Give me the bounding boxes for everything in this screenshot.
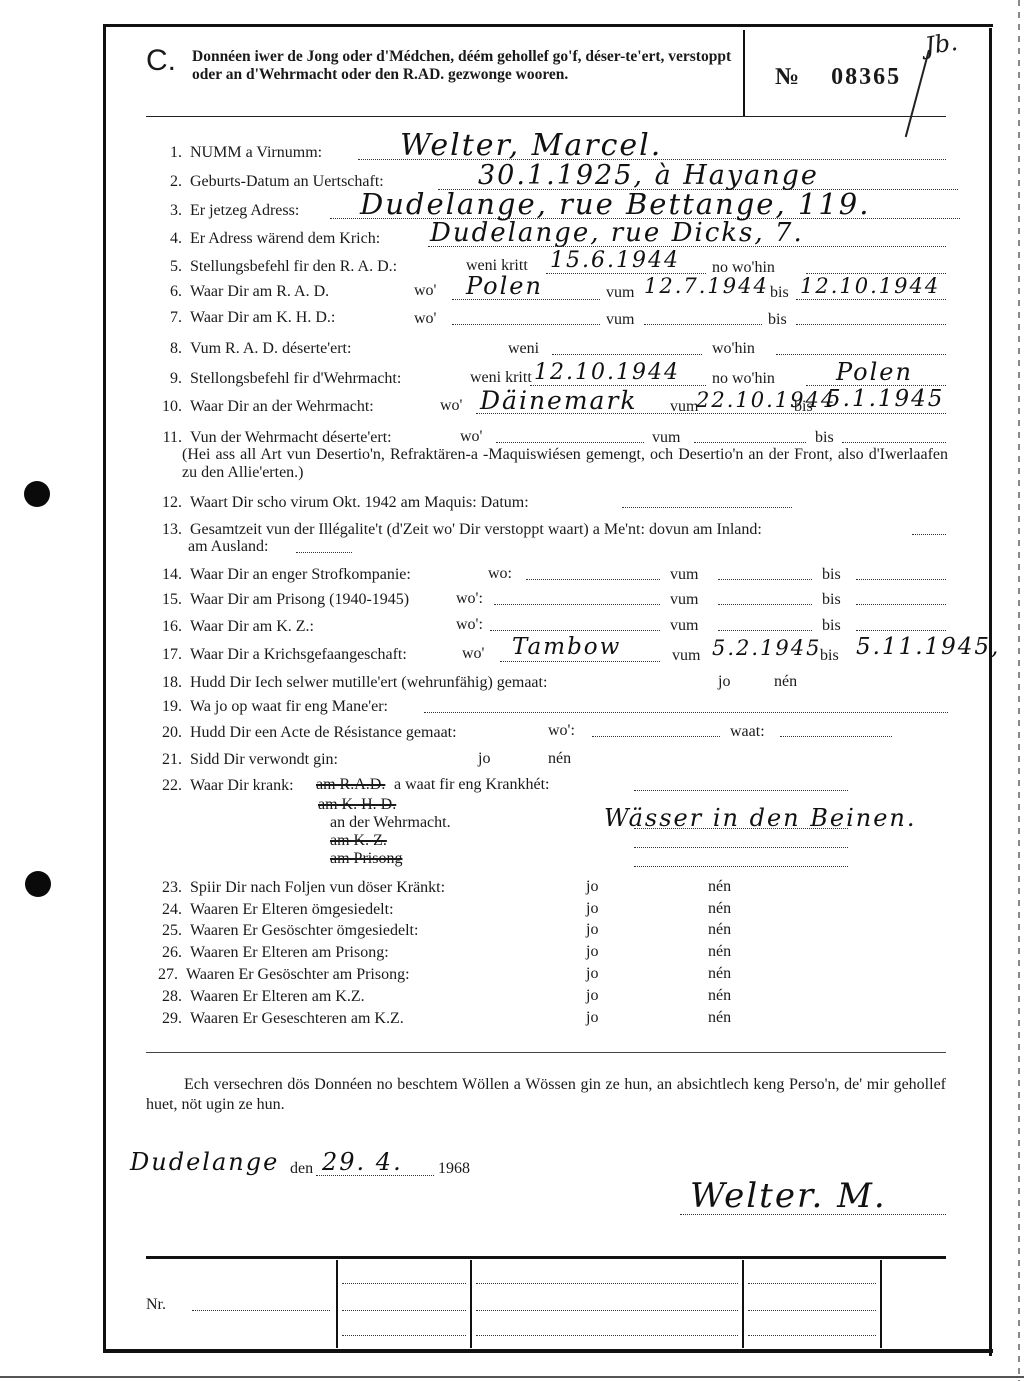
- yes-option[interactable]: jo: [586, 1009, 598, 1027]
- illness-option-khd[interactable]: am K. H. D.: [318, 796, 396, 814]
- waat-label: waat:: [730, 723, 765, 741]
- wo-label: wo': [440, 397, 462, 415]
- yes-option[interactable]: jo: [586, 900, 598, 918]
- column-divider: [880, 1260, 882, 1348]
- wehrmacht-place[interactable]: Däinemark: [480, 386, 638, 415]
- question-label: Spiir Dir nach Foljen vun döser Kränkt:: [190, 879, 445, 896]
- mutilation-method-input[interactable]: [424, 712, 948, 713]
- punch-hole: [24, 481, 50, 507]
- field-label: Wa jo op waat fir eng Mane'er:: [190, 698, 388, 715]
- yes-option[interactable]: jo: [586, 943, 598, 961]
- desertion-rad-dest-input[interactable]: [776, 354, 946, 355]
- serial-number-box: № 08365: [775, 64, 901, 91]
- divider: [146, 116, 946, 117]
- field-number: 17.: [148, 645, 182, 665]
- pow-to[interactable]: 5.11.1945,: [856, 634, 1000, 660]
- field-21: 21.Sidd Dir verwondt gin:: [148, 750, 338, 770]
- field-14: 14.Waar Dir an enger Strofkompanie:: [148, 565, 411, 585]
- field-19: 19.Wa jo op waat fir eng Mane'er:: [148, 697, 388, 717]
- field-number: 24.: [148, 900, 182, 920]
- section-letter: C.: [146, 44, 176, 78]
- resistance-place-input[interactable]: [592, 736, 720, 737]
- footer-cell[interactable]: [476, 1283, 738, 1284]
- field-label: Waar Dir an enger Strofkompanie:: [190, 566, 411, 583]
- question-label: Waaren Er Gesöschter am Prisong:: [186, 966, 410, 983]
- question-27: 27.Waaren Er Gesöschter am Prisong:: [144, 965, 410, 985]
- signature-place[interactable]: Dudelange: [130, 1148, 279, 1176]
- field-number: 8.: [148, 339, 182, 359]
- yes-option[interactable]: jo: [586, 878, 598, 896]
- field-label: Waar Dir am K. Z.:: [190, 618, 314, 635]
- field-number: 13.: [148, 520, 182, 540]
- wo-label: wo':: [548, 722, 575, 740]
- field-number: 25.: [148, 921, 182, 941]
- field-20: 20.Hudd Dir een Acte de Résistance gemaa…: [148, 723, 457, 743]
- khd-to-input[interactable]: [796, 324, 946, 325]
- number-sign: №: [775, 64, 801, 90]
- bis-label: bis: [820, 647, 839, 665]
- field-number: 21.: [148, 750, 182, 770]
- question-25: 25.Waaren Er Gesöschter ömgesiedelt:: [148, 921, 418, 941]
- wo-label: wo': [414, 310, 436, 328]
- signature-year: 1968: [438, 1160, 470, 1178]
- weni-label: weni kritt: [470, 369, 532, 387]
- khd-from-input[interactable]: [644, 324, 762, 325]
- field-label: Stellungsbefehl fir den R. A. D.:: [190, 258, 397, 275]
- field-label: Waar Dir am K. H. D.:: [190, 309, 335, 326]
- field-22: 22.Waar Dir krank:: [148, 776, 294, 796]
- column-divider: [336, 1260, 338, 1348]
- field-label: NUMM a Virnumm:: [190, 144, 322, 161]
- field-number: 7.: [148, 308, 182, 328]
- field-label: Waar Dir an der Wehrmacht:: [190, 398, 374, 415]
- field-number: 11.: [148, 428, 182, 448]
- field-4: 4.Er Adress wärend dem Krich:: [148, 229, 380, 249]
- field-7: 7.Waar Dir am K. H. D.:: [148, 308, 335, 328]
- footer-cell[interactable]: [342, 1310, 466, 1311]
- field-number: 15.: [148, 590, 182, 610]
- strafkompanie-from-input[interactable]: [718, 579, 812, 580]
- no-option[interactable]: nén: [708, 987, 731, 1005]
- no-option[interactable]: nén: [708, 878, 731, 896]
- wo-label: wo': [462, 645, 484, 663]
- prison-to-input[interactable]: [856, 604, 946, 605]
- illness-value[interactable]: Wässer in den Beinen.: [604, 804, 917, 832]
- field-label: Gesamtzeit vun der Illégalite't (d'Zeit …: [190, 521, 762, 538]
- page-edge: [0, 1376, 1024, 1378]
- vum-label: vum: [672, 647, 700, 665]
- field-label: Waart Dir scho virum Okt. 1942 am Maquis…: [190, 494, 529, 511]
- field-number: 16.: [148, 617, 182, 637]
- question-23: 23.Spiir Dir nach Foljen vun döser Kränk…: [148, 878, 445, 898]
- kz-from-input[interactable]: [718, 630, 812, 631]
- field-number: 26.: [148, 943, 182, 963]
- wohin-label: wo'hin: [712, 340, 755, 358]
- current-address-value[interactable]: Dudelange, rue Bettange, 119.: [360, 187, 870, 221]
- kz-place-input[interactable]: [490, 630, 660, 631]
- field-2: 2.Geburts-Datum an Uertschaft:: [148, 172, 384, 192]
- page-edge: [1018, 0, 1020, 1381]
- bis-label: bis: [815, 429, 834, 447]
- yes-option[interactable]: jo: [478, 750, 490, 768]
- dotted-line: [634, 847, 848, 848]
- question-label: Waaren Er Elteren am Prisong:: [190, 944, 389, 961]
- wehrmacht-desertion-from-input[interactable]: [694, 442, 806, 443]
- khd-place-input[interactable]: [452, 324, 600, 325]
- question-label: Waaren Er Geseschteren am K.Z.: [190, 1010, 404, 1027]
- field-number: 5.: [148, 257, 182, 277]
- field-17: 17.Waar Dir a Krichsgefaangeschaft:: [148, 645, 407, 665]
- question-24: 24.Waaren Er Elteren ömgesiedelt:: [148, 900, 394, 920]
- question-label: Waaren Er Elteren am K.Z.: [190, 988, 365, 1005]
- wo-label: wo': [414, 282, 436, 300]
- field-number: 22.: [148, 776, 182, 796]
- field-1: 1.NUMM a Virnumm:: [148, 143, 322, 163]
- field-16: 16.Waar Dir am K. Z.:: [148, 617, 314, 637]
- vum-label: vum: [670, 566, 698, 584]
- field-15: 15.Waar Dir am Prisong (1940-1945): [148, 590, 409, 610]
- field-number: 1.: [148, 143, 182, 163]
- field-label: Sidd Dir verwondt gin:: [190, 751, 338, 768]
- field-label: Er Adress wärend dem Krich:: [190, 230, 380, 247]
- field-label: Hudd Dir een Acte de Résistance gemaat:: [190, 724, 457, 741]
- vum-label: vum: [606, 284, 634, 302]
- rad-from[interactable]: 12.7.1944: [644, 274, 769, 298]
- wehrmacht-desertion-to-input[interactable]: [842, 442, 946, 443]
- field-number: 6.: [148, 282, 182, 302]
- declaration-text: Ech versechren dös Donnéen no beschtem W…: [146, 1075, 946, 1115]
- field-number: 10.: [148, 397, 182, 417]
- signature[interactable]: Welter. M.: [690, 1176, 887, 1216]
- field-number: 14.: [148, 565, 182, 585]
- field-number: 3.: [148, 201, 182, 221]
- field-label: Waar Dir am Prisong (1940-1945): [190, 591, 409, 608]
- field-label: Waar Dir krank:: [190, 777, 294, 794]
- field-12: 12.Waart Dir scho virum Okt. 1942 am Maq…: [148, 493, 529, 513]
- footer-cell[interactable]: [342, 1283, 466, 1284]
- footer-cell[interactable]: [748, 1310, 876, 1311]
- den-label: den: [290, 1160, 313, 1178]
- rad-order-date[interactable]: 15.6.1944: [550, 248, 680, 273]
- yes-option[interactable]: jo: [586, 921, 598, 939]
- field-3: 3.Er jetzeg Adress:: [148, 201, 299, 221]
- footer-cell[interactable]: [476, 1335, 738, 1336]
- question-26: 26.Waaren Er Elteren am Prisong:: [148, 943, 389, 963]
- form-border: [103, 24, 993, 27]
- serial-number: 08365: [831, 64, 901, 90]
- wohin-label: no wo'hin: [712, 370, 775, 388]
- field-13: 13.Gesamtzeit vun der Illégalite't (d'Ze…: [148, 520, 762, 540]
- form-border: [103, 1349, 993, 1353]
- footer-cell[interactable]: [342, 1335, 466, 1336]
- footer-cell[interactable]: [748, 1283, 876, 1284]
- form-title: Donnéen iwer de Jong oder d'Médchen, déé…: [192, 48, 732, 84]
- field-number: 4.: [148, 229, 182, 249]
- column-divider: [470, 1260, 472, 1348]
- desertion-note: (Hei ass all Art vun Desertio'n, Refrakt…: [182, 446, 948, 482]
- illness-option-rad[interactable]: am R.A.D.: [316, 776, 385, 794]
- question-29: 29.Waaren Er Geseschteren am K.Z.: [148, 1009, 404, 1029]
- illness-option-prison[interactable]: am Prisong: [330, 850, 402, 868]
- punch-hole: [25, 871, 51, 897]
- ausland-label: am Ausland:: [188, 538, 268, 556]
- vum-label: vum: [652, 429, 680, 447]
- field-label: Vum R. A. D. déserte'ert:: [190, 340, 351, 357]
- rad-to[interactable]: 12.10.1944: [800, 274, 940, 298]
- wartime-address-value[interactable]: Dudelange, rue Dicks, 7.: [430, 218, 804, 248]
- vum-label: vum: [606, 311, 634, 329]
- field-11: 11.Vun der Wehrmacht déserte'ert:: [148, 428, 392, 448]
- wo-label: wo':: [456, 590, 483, 608]
- strafkompanie-to-input[interactable]: [856, 579, 946, 580]
- field-label: Waar Dir a Krichsgefaangeschaft:: [190, 646, 407, 663]
- nr-input[interactable]: [192, 1310, 330, 1311]
- paraph-stroke: [905, 50, 930, 137]
- vum-label: vum: [670, 398, 698, 416]
- field-number: 20.: [148, 723, 182, 743]
- field-label: Geburts-Datum an Uertschaft:: [190, 173, 384, 190]
- prison-place-input[interactable]: [494, 604, 660, 605]
- signature-date[interactable]: 29. 4.: [322, 1148, 403, 1176]
- question-label: Waaren Er Elteren ömgesiedelt:: [190, 901, 394, 918]
- kz-to-input[interactable]: [856, 630, 946, 631]
- field-number: 28.: [148, 987, 182, 1007]
- field-label: Hudd Dir Iech selwer mutille'ert (wehrun…: [190, 674, 547, 691]
- inland-duration-input[interactable]: [912, 534, 946, 535]
- yes-option[interactable]: jo: [586, 987, 598, 1005]
- form-border: [103, 24, 106, 1352]
- divider: [743, 30, 745, 116]
- yes-option[interactable]: jo: [718, 673, 730, 691]
- footer-cell[interactable]: [748, 1335, 876, 1336]
- column-divider: [742, 1260, 744, 1348]
- no-option[interactable]: nén: [708, 1009, 731, 1027]
- weni-label: weni: [508, 340, 539, 358]
- illness-label: a waat fir eng Krankhét:: [394, 776, 549, 794]
- vum-label: vum: [670, 617, 698, 635]
- rad-place[interactable]: Polen: [466, 272, 543, 300]
- field-5: 5.Stellungsbefehl fir den R. A. D.:: [148, 257, 397, 277]
- form-border: [989, 28, 992, 1356]
- field-number: 12.: [148, 493, 182, 513]
- wo-label: wo': [460, 428, 482, 446]
- no-option[interactable]: nén: [548, 750, 571, 768]
- resistance-act-input[interactable]: [780, 736, 892, 737]
- divider: [146, 1052, 946, 1053]
- pow-from[interactable]: 5.2.1945: [712, 636, 822, 660]
- illness-option-wehrmacht[interactable]: an der Wehrmacht.: [330, 814, 451, 832]
- wehrmacht-order-dest[interactable]: Polen: [836, 358, 913, 386]
- wehrmacht-to[interactable]: 5.1.1945: [826, 386, 944, 412]
- field-label: Vun der Wehrmacht déserte'ert:: [190, 429, 392, 446]
- illness-option-kz[interactable]: am K. Z.: [330, 832, 387, 850]
- footer-cell[interactable]: [476, 1310, 738, 1311]
- field-number: 9.: [148, 369, 182, 389]
- field-number: 19.: [148, 697, 182, 717]
- field-18: 18.Hudd Dir Iech selwer mutille'ert (weh…: [148, 673, 547, 693]
- bis-label: bis: [822, 566, 841, 584]
- bis-label: bis: [768, 311, 787, 329]
- field-label: Stellongsbefehl fir d'Wehrmacht:: [190, 370, 401, 387]
- field-6: 6.Waar Dir am R. A. D.: [148, 282, 329, 302]
- dotted-line: [500, 661, 660, 662]
- bis-label: bis: [822, 617, 841, 635]
- field-number: 18.: [148, 673, 182, 693]
- no-option[interactable]: nén: [708, 900, 731, 918]
- field-number: 27.: [144, 965, 178, 985]
- no-option[interactable]: nén: [708, 921, 731, 939]
- field-label: Er jetzeg Adress:: [190, 202, 299, 219]
- strafkompanie-place-input[interactable]: [526, 579, 660, 580]
- field-label: Waar Dir am R. A. D.: [190, 283, 329, 300]
- no-option[interactable]: nén: [708, 943, 731, 961]
- bis-label: bis: [822, 591, 841, 609]
- no-option[interactable]: nén: [708, 965, 731, 983]
- bis-label: bis: [770, 284, 789, 302]
- wo-label: wo':: [456, 616, 483, 634]
- field-9: 9.Stellongsbefehl fir d'Wehrmacht:: [148, 369, 401, 389]
- field-number: 29.: [148, 1009, 182, 1029]
- wehrmacht-order-date[interactable]: 12.10.1944: [534, 360, 680, 385]
- divider: [146, 1256, 946, 1259]
- yes-option[interactable]: jo: [586, 965, 598, 983]
- nr-label: Nr.: [146, 1296, 166, 1314]
- dotted-line: [796, 299, 946, 300]
- desertion-rad-date-input[interactable]: [552, 354, 702, 355]
- wo-label: wo:: [488, 565, 512, 583]
- field-number: 23.: [148, 878, 182, 898]
- field-10: 10.Waar Dir an der Wehrmacht:: [148, 397, 374, 417]
- paraph-initials: Jb.: [923, 28, 959, 60]
- prison-from-input[interactable]: [718, 604, 812, 605]
- ausland-duration-input[interactable]: [296, 552, 352, 553]
- field-8: 8.Vum R. A. D. déserte'ert:: [148, 339, 351, 359]
- wehrmacht-desertion-place-input[interactable]: [496, 442, 644, 443]
- pow-place[interactable]: Tambow: [512, 634, 621, 660]
- wehrmacht-from[interactable]: 22.10.1944: [696, 388, 836, 412]
- question-label: Waaren Er Gesöschter ömgesiedelt:: [190, 922, 418, 939]
- no-option[interactable]: nén: [774, 673, 797, 691]
- bis-label: bis: [794, 398, 813, 416]
- illness-input[interactable]: [634, 790, 848, 791]
- maquis-date-input[interactable]: [622, 507, 792, 508]
- vum-label: vum: [670, 591, 698, 609]
- dotted-line: [634, 866, 848, 867]
- question-28: 28.Waaren Er Elteren am K.Z.: [148, 987, 365, 1007]
- name-value[interactable]: Welter, Marcel.: [400, 128, 662, 163]
- field-number: 2.: [148, 172, 182, 192]
